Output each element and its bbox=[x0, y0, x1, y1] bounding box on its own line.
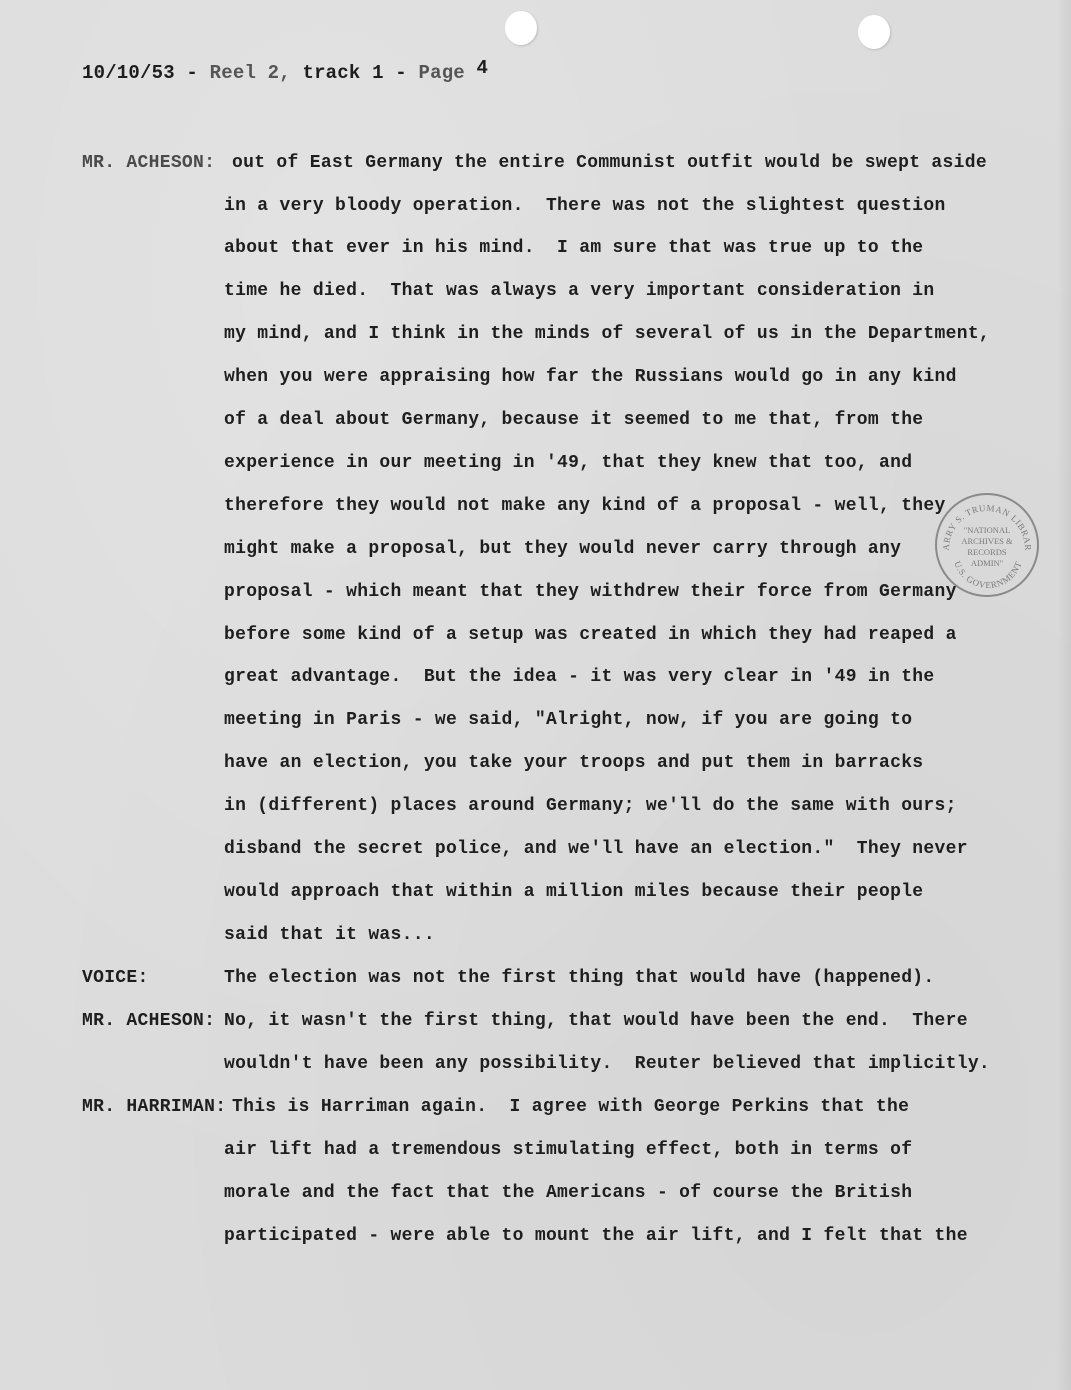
page-header: 10/10/53 - Reel 2, track 1 - Page 4 bbox=[82, 62, 488, 84]
transcript-line: experience in our meeting in '49, that t… bbox=[224, 453, 912, 473]
transcript-line: would approach that within a million mil… bbox=[224, 882, 923, 902]
transcript-line: before some kind of a setup was created … bbox=[224, 625, 957, 645]
document-page: 10/10/53 - Reel 2, track 1 - Page 4 MR. … bbox=[0, 0, 1071, 1390]
binder-hole-left bbox=[505, 11, 537, 45]
transcript-line: in a very bloody operation. There was no… bbox=[224, 196, 946, 216]
transcript-line: might make a proposal, but they would ne… bbox=[224, 539, 901, 559]
transcript-line: meeting in Paris - we said, "Alright, no… bbox=[224, 710, 912, 730]
transcript-line: of a deal about Germany, because it seem… bbox=[224, 410, 923, 430]
transcript-line: in (different) places around Germany; we… bbox=[224, 796, 957, 816]
speaker-label: MR. ACHESON: bbox=[82, 1011, 215, 1031]
transcript-line: participated - were able to mount the ai… bbox=[224, 1226, 968, 1246]
transcript-line: my mind, and I think in the minds of sev… bbox=[224, 324, 990, 344]
transcript-line: wouldn't have been any possibility. Reut… bbox=[224, 1054, 990, 1074]
transcript-line: therefore they would not make any kind o… bbox=[224, 496, 946, 516]
speaker-label: VOICE: bbox=[82, 968, 149, 988]
binder-hole-right bbox=[858, 15, 890, 49]
transcript-line: time he died. That was always a very imp… bbox=[224, 281, 935, 301]
header-page-number: 4 bbox=[477, 57, 489, 79]
page-edge-shadow bbox=[1057, 0, 1071, 1390]
stamp-center-text: "NATIONAL ARCHIVES & RECORDS ADMIN" bbox=[937, 525, 1037, 569]
header-track: track 1 bbox=[291, 62, 384, 84]
speaker-label: MR. ACHESON: bbox=[82, 153, 215, 173]
transcript-line: air lift had a tremendous stimulating ef… bbox=[224, 1140, 912, 1160]
transcript-line: The election was not the first thing tha… bbox=[224, 968, 935, 988]
transcript-line: said that it was... bbox=[224, 925, 435, 945]
transcript-line: No, it wasn't the first thing, that woul… bbox=[224, 1011, 968, 1031]
transcript-line: proposal - which meant that they withdre… bbox=[224, 582, 957, 602]
speaker-label: MR. HARRIMAN: bbox=[82, 1097, 226, 1117]
header-date: 10/10/53 bbox=[82, 62, 175, 84]
transcript-line: disband the secret police, and we'll hav… bbox=[224, 839, 968, 859]
transcript-line: about that ever in his mind. I am sure t… bbox=[224, 238, 923, 258]
archive-stamp: HARRY S. TRUMAN LIBRARY U.S. GOVERNMENT … bbox=[935, 493, 1039, 597]
transcript-line: great advantage. But the idea - it was v… bbox=[224, 667, 935, 687]
transcript-line: This is Harriman again. I agree with Geo… bbox=[232, 1097, 909, 1117]
transcript-line: out of East Germany the entire Communist… bbox=[232, 153, 987, 173]
header-reel: Reel 2, bbox=[210, 62, 291, 84]
transcript-line: morale and the fact that the Americans -… bbox=[224, 1183, 912, 1203]
transcript-line: have an election, you take your troops a… bbox=[224, 753, 923, 773]
transcript-line: when you were appraising how far the Rus… bbox=[224, 367, 957, 387]
header-page-label: Page bbox=[419, 62, 477, 84]
